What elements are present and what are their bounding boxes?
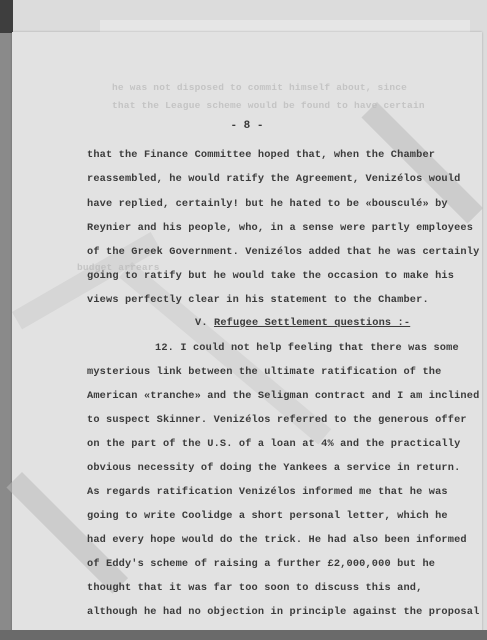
paragraph-line: on the part of the U.S. of a loan at 4% … <box>87 438 460 450</box>
paragraph-line: thought that it was far too soon to disc… <box>87 582 422 594</box>
page-number: - 8 - <box>12 120 482 132</box>
text-line: going to ratify but he would take the oc… <box>87 270 454 282</box>
paragraph-line: mysterious link between the ultimate rat… <box>87 366 441 378</box>
paragraph-line: to suspect Skinner. Venizélos referred t… <box>87 414 467 426</box>
section-heading: V. Refugee Settlement questions :- <box>195 317 410 329</box>
paragraph-line: of Eddy's scheme of raising a further £2… <box>87 558 435 570</box>
binding-edge-dark <box>0 0 13 33</box>
paragraph-line: going to write Coolidge a short personal… <box>87 510 448 522</box>
text-line: views perfectly clear in his statement t… <box>87 294 429 306</box>
paragraph-line: American «tranche» and the Seligman cont… <box>87 390 479 402</box>
section-number: V. <box>195 317 208 329</box>
bottom-edge <box>0 630 487 640</box>
section-title: Refugee Settlement questions :- <box>214 317 410 329</box>
bleed-through-line: he was not disposed to commit himself ab… <box>112 82 407 93</box>
text-line: Reynier and his people, who, in a sense … <box>87 222 473 234</box>
text-line: of the Greek Government. Venizélos added… <box>87 246 479 258</box>
text-line: reassembled, he would ratify the Agreeme… <box>87 173 460 185</box>
text-line: that the Finance Committee hoped that, w… <box>87 149 435 161</box>
paragraph-line: As regards ratification Venizélos inform… <box>87 486 448 498</box>
document-page: he was not disposed to commit himself ab… <box>12 32 482 632</box>
paragraph-line: obvious necessity of doing the Yankees a… <box>87 462 460 474</box>
paragraph-line: 12. I could not help feeling that there … <box>155 342 459 354</box>
paragraph-line: had every hope would do the trick. He ha… <box>87 534 467 546</box>
paragraph-line: although he had no objection in principl… <box>87 606 479 618</box>
text-line: have replied, certainly! but he hated to… <box>87 198 448 210</box>
